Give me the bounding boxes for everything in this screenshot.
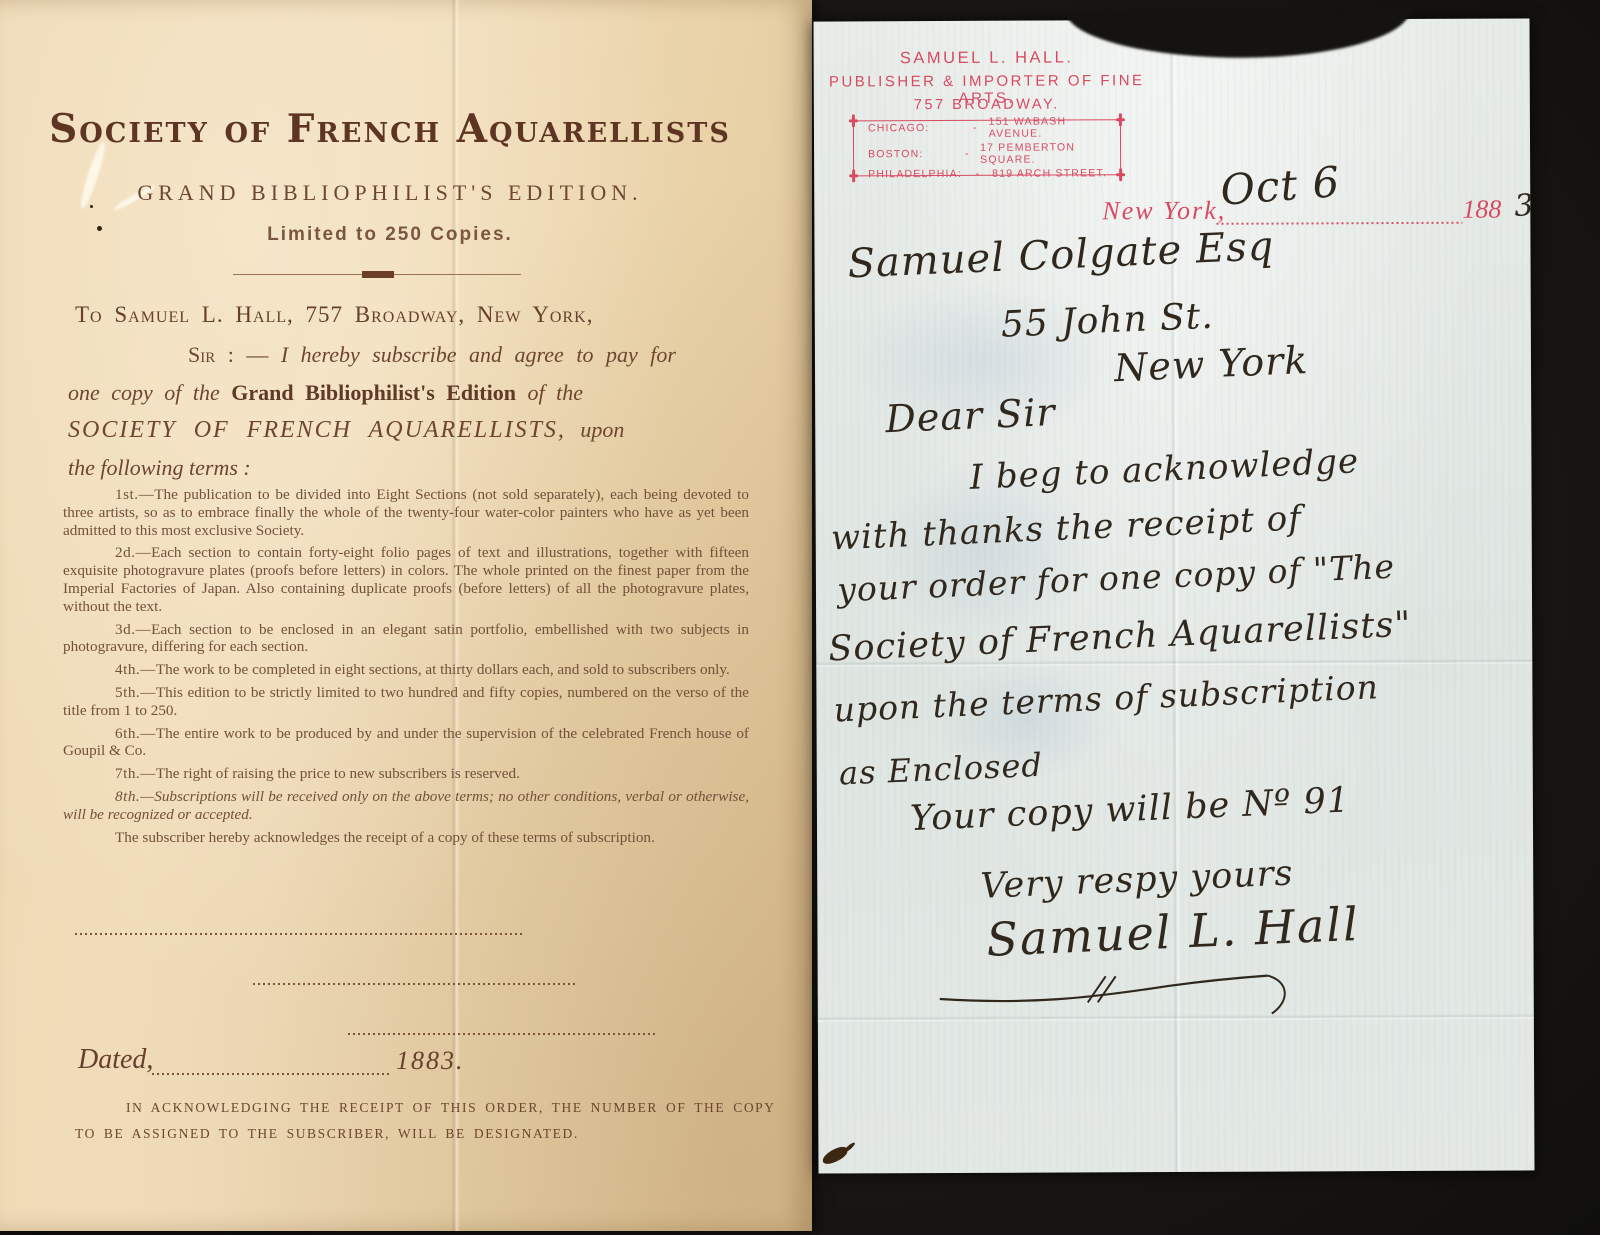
letterhead-address: 757 BROADWAY. [826, 96, 1148, 113]
office-street: 819 ARCH STREET. [992, 167, 1107, 180]
office-city: BOSTON: [868, 148, 955, 160]
dateline-place: New York, [1102, 196, 1226, 227]
office-city: PHILADELPHIA: [868, 168, 964, 180]
office-street: 151 WABASH AVENUE. [989, 115, 1120, 140]
office-street: 17 PEMBERTON SQUARE. [980, 141, 1120, 166]
salutation-text-4: the following terms : [68, 455, 251, 480]
fleur-ornament-icon [1116, 168, 1125, 181]
term-5-label: 5th.— [115, 684, 156, 701]
form-addressee: To Samuel L. Hall, 757 Broadway, New Yor… [75, 302, 593, 328]
dateline-year-printed: 188 [1462, 195, 1501, 225]
signature-flourish [938, 967, 1298, 1019]
term-8-label: 8th.— [115, 788, 154, 805]
term-6-label: 6th.— [115, 725, 156, 742]
term-7-text: The right of raising the price to new su… [156, 765, 520, 782]
form-subtitle: GRAND BIBLIOPHILIST'S EDITION. [10, 180, 770, 206]
dated-line [152, 1073, 390, 1075]
terms-list: 1st.—The publication to be divided into … [63, 486, 749, 851]
term-4: 4th.—The work to be completed in eight s… [63, 661, 749, 679]
term-5-text: This edition to be strictly limited to t… [63, 684, 749, 719]
ink-blot [843, 1141, 856, 1153]
term-3-text: Each section to be enclosed in an elegan… [63, 621, 749, 656]
term-5: 5th.—This edition to be strictly limited… [63, 684, 749, 720]
fleur-ornament-icon [1116, 113, 1125, 126]
office-row-boston: BOSTON: - 17 PEMBERTON SQUARE. [854, 141, 1120, 166]
term-7-label: 7th.— [115, 765, 156, 782]
office-dash: - [961, 122, 988, 134]
salutation-line-2: one copy of the Grand Bibliophilist's Ed… [68, 380, 583, 406]
handwritten-date: Oct 6 [1219, 157, 1342, 215]
salutation-text-2a: one copy of the [68, 380, 231, 405]
acknowledgment-paragraph: The subscriber hereby acknowledges the r… [63, 829, 749, 847]
copy-number-line: Your copy will be Nº 91 [909, 780, 1350, 839]
term-4-label: 4th.— [115, 661, 156, 678]
letter-salutation: Dear Sir [884, 390, 1056, 441]
office-dash: - [964, 168, 992, 180]
salutation-text-2b: of the [516, 380, 583, 405]
signature-line-2 [253, 983, 576, 985]
term-6-text: The entire work to be produced by and un… [63, 725, 749, 760]
subscription-form-page: Society of French Aquarellists GRAND BIB… [0, 0, 812, 1231]
office-row-chicago: CHICAGO: - 151 WABASH AVENUE. [854, 115, 1120, 140]
term-2-text: Each section to contain forty-eight foli… [63, 544, 749, 614]
footnote-line-1: IN ACKNOWLEDGING THE RECEIPT OF THIS ORD… [126, 1100, 776, 1116]
term-4-text: The work to be completed in eight sectio… [156, 661, 730, 678]
form-limited-note: Limited to 250 Copies. [10, 224, 770, 246]
dated-year: 1883. [396, 1046, 465, 1076]
office-row-philadelphia: PHILADELPHIA: - 819 ARCH STREET. [854, 167, 1120, 180]
term-2: 2d.—Each section to contain forty-eight … [63, 544, 749, 615]
term-1-text: The publication to be divided into Eight… [63, 486, 749, 539]
ornamental-divider [233, 271, 521, 279]
term-8: 8th.—Subscriptions will be received only… [63, 788, 749, 824]
letterhead-name: SAMUEL L. HALL. [826, 48, 1148, 68]
acknowledgment-text: The subscriber hereby acknowledges the r… [115, 829, 655, 846]
letter-body-line: I beg to acknowledge [969, 441, 1360, 498]
fleur-ornament-icon [849, 169, 858, 182]
salutation-sir: Sir : — [188, 342, 281, 367]
form-title: Society of French Aquarellists [10, 106, 770, 152]
term-1: 1st.—The publication to be divided into … [63, 486, 749, 539]
salutation-edition-bold: Grand Bibliophilist's Edition [231, 380, 516, 405]
recipient-street: 55 John St. [1000, 296, 1214, 346]
term-8-text: Subscriptions will be received only on t… [63, 788, 749, 823]
fleur-ornament-icon [849, 114, 858, 127]
letter-closing: Very respy yours [980, 853, 1295, 906]
scanned-documents: Society of French Aquarellists GRAND BIB… [0, 0, 1600, 1235]
salutation-line-3: SOCIETY OF FRENCH AQUARELLISTS, upon [68, 417, 624, 444]
salutation-text-3: upon [566, 417, 625, 442]
term-3: 3d.—Each section to be enclosed in an el… [63, 621, 749, 657]
dated-label: Dated, [78, 1044, 153, 1076]
term-7: 7th.—The right of raising the price to n… [63, 765, 749, 783]
office-city: CHICAGO: [868, 122, 962, 134]
salutation-line-1: Sir : — I hereby subscribe and agree to … [188, 342, 676, 368]
signature-line-1 [75, 933, 525, 935]
letter-page: SAMUEL L. HALL. PUBLISHER & IMPORTER OF … [813, 18, 1534, 1173]
salutation-society-caps: SOCIETY OF FRENCH AQUARELLISTS, [68, 417, 566, 443]
footnote-line-2: TO BE ASSIGNED TO THE SUBSCRIBER, WILL B… [75, 1126, 579, 1142]
salutation-text-1: I hereby subscribe and agree to pay for [281, 342, 676, 367]
signature: Samuel L. Hall [985, 897, 1360, 967]
handwritten-year-digit: 3 [1513, 188, 1534, 224]
office-dash: - [955, 148, 980, 160]
letterhead-offices-box: CHICAGO: - 151 WABASH AVENUE. BOSTON: - … [853, 119, 1121, 176]
recipient-name: Samuel Colgate Esq [847, 223, 1275, 287]
signature-line-3 [348, 1033, 656, 1035]
recipient-city: New York [1113, 338, 1309, 390]
term-6: 6th.—The entire work to be produced by a… [63, 725, 749, 761]
term-3-label: 3d.— [115, 621, 151, 638]
term-1-label: 1st.— [115, 486, 154, 503]
salutation-line-4: the following terms : [68, 455, 251, 481]
divider-dash [362, 271, 394, 278]
letter-body-line: as Enclosed [838, 746, 1043, 793]
term-2-label: 2d.— [115, 544, 151, 561]
